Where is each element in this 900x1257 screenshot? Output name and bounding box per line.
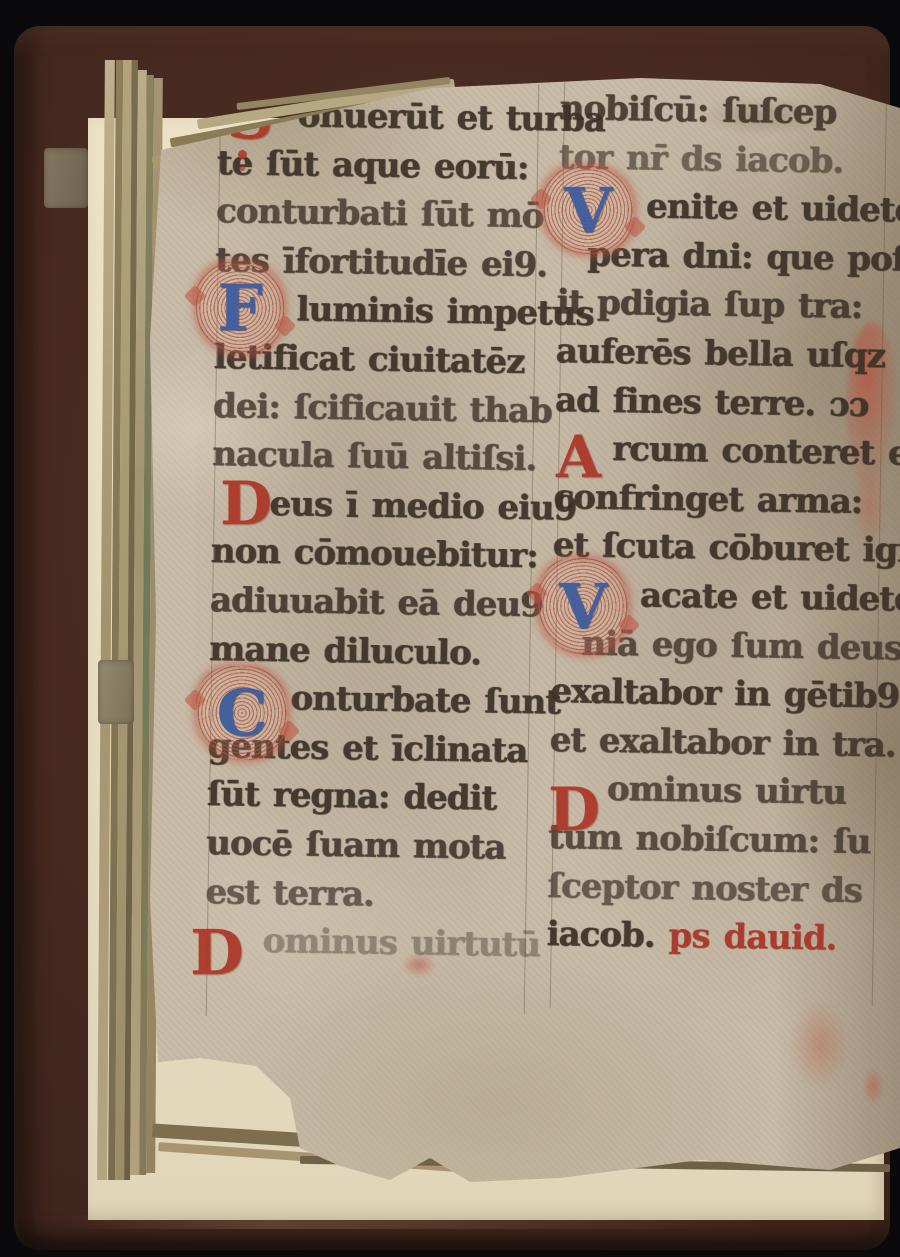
text-line: it pdigia ſup tra:	[556, 278, 891, 332]
decorated-initial-D: D	[190, 922, 244, 984]
text-line: exaltabor in gētib9	[550, 667, 885, 721]
text-line: ad fines terre. ɔɔ	[555, 376, 890, 430]
decorated-initial-D: D	[220, 474, 272, 534]
index-tab	[98, 660, 134, 724]
text-line: ominus uirtutū	[204, 916, 527, 970]
text-line: auferēs bella uſqz	[555, 327, 890, 381]
text-line-end: iacob.	[546, 914, 655, 956]
illuminated-initial-C: C	[196, 666, 288, 760]
initial-letter: F	[217, 271, 262, 346]
text-line: rcum conteret et	[554, 424, 889, 478]
illuminated-initial-F: F	[196, 262, 284, 354]
illuminated-initial-V: V	[538, 558, 628, 654]
manuscript-photo: onuerūt et turba te ſūt aque eorū: contu…	[0, 0, 900, 1257]
red-pigment-stain	[790, 1000, 850, 1090]
index-tab	[44, 148, 88, 208]
decorated-initial-A: A	[556, 428, 601, 486]
text-line: dei: ſcificauit thab	[213, 382, 536, 436]
initial-letter: V	[559, 570, 607, 643]
text-line: uocē ſuam mota	[206, 819, 529, 873]
text-line: confringet arma:	[553, 473, 888, 527]
text-line: est terra.	[205, 867, 528, 921]
text-line: ſūt regna: dedit	[207, 770, 530, 824]
text-line: conturbati ſūt mō	[216, 187, 539, 241]
initial-letter: C	[217, 676, 268, 751]
red-pigment-mark	[862, 1066, 884, 1106]
text-line: ſceptor noster ds	[547, 861, 882, 915]
rubric-psalm-heading: ps dauid.	[654, 916, 836, 959]
initial-letter: V	[564, 174, 612, 247]
decorated-initial-D: D	[548, 780, 600, 840]
illuminated-initial-V: V	[542, 166, 634, 254]
text-line: iacob.ps dauid.	[546, 910, 881, 964]
text-line: nobiſcū: ſuſcep	[559, 84, 894, 138]
text-line: adiuuabit eā deu9	[210, 576, 533, 630]
text-line: et exaltabor in tra.	[549, 716, 884, 770]
